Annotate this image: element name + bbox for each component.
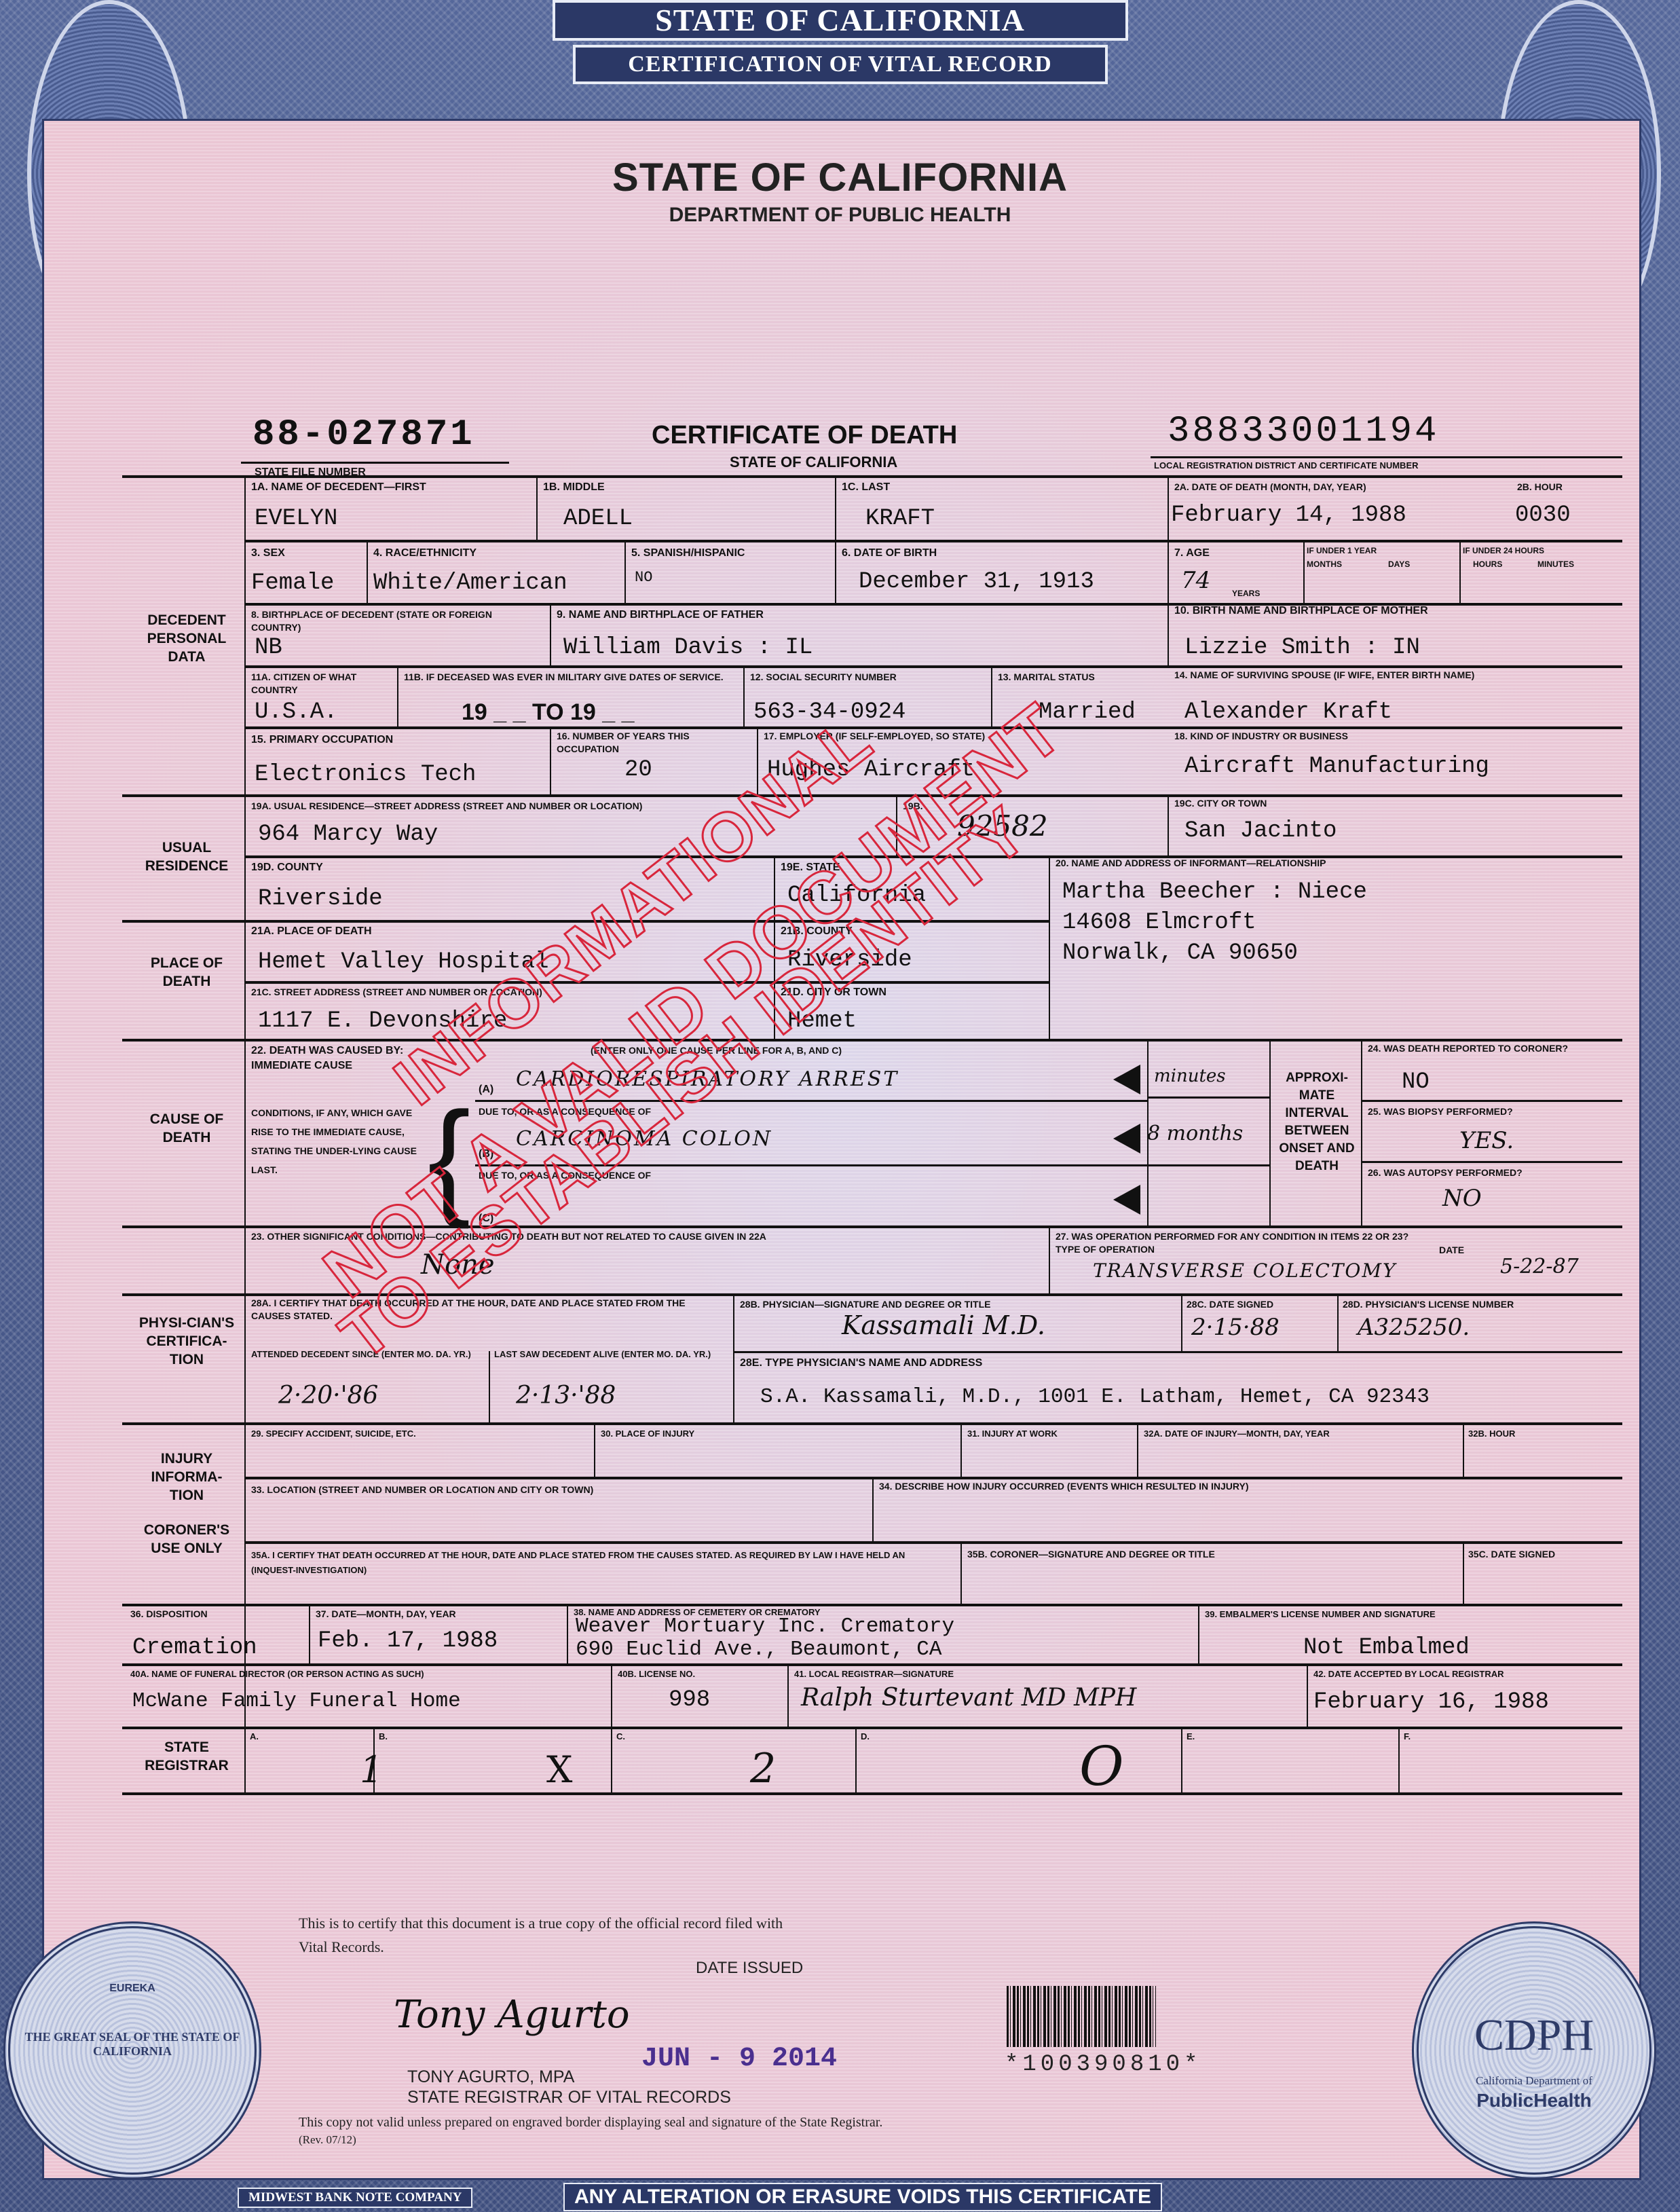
race-value: White/American xyxy=(373,570,567,596)
physician-signature: Kassamali M.D. xyxy=(842,1310,1045,1340)
divider xyxy=(550,603,551,665)
date-issued-stamp: JUN - 9 2014 xyxy=(641,2044,837,2074)
disposition-date-label: 37. DATE—MONTH, DAY, YEAR xyxy=(316,1608,456,1621)
page-subtitle: DEPARTMENT OF PUBLIC HEALTH xyxy=(0,204,1680,227)
director-license-value: 998 xyxy=(669,1687,710,1713)
divider xyxy=(244,1541,1622,1544)
divider xyxy=(122,1422,1622,1425)
coroner-certify-label: 35A. I CERTIFY THAT DEATH OCCURRED AT TH… xyxy=(251,1548,950,1578)
disposition-date-value: Feb. 17, 1988 xyxy=(318,1628,498,1654)
page-title: STATE OF CALIFORNIA xyxy=(0,155,1680,200)
place-of-death-label: 21A. PLACE OF DEATH xyxy=(251,925,372,938)
biopsy-label: 25. WAS BIOPSY PERFORMED? xyxy=(1368,1105,1513,1118)
great-seal-of-california: THE GREAT SEAL OF THE STATE OF CALIFORNI… xyxy=(3,1921,261,2179)
middle-name-label: 1B. MIDDLE xyxy=(543,481,605,494)
reported-coroner-value: NO xyxy=(1402,1069,1430,1095)
divider xyxy=(1459,540,1461,603)
divider xyxy=(367,540,368,603)
marital-status-label: 13. MARITAL STATUS xyxy=(998,671,1095,684)
divider xyxy=(1168,475,1169,665)
biopsy-value: YES. xyxy=(1459,1127,1514,1154)
spouse-label: 14. NAME OF SURVIVING SPOUSE (IF WIFE, E… xyxy=(1174,669,1622,682)
section-place-of-death: PLACE OF DEATH xyxy=(136,954,238,991)
divider xyxy=(1307,1663,1308,1727)
local-registrar-signature: Ralph Sturtevant MD MPH xyxy=(801,1684,1136,1712)
divider xyxy=(567,1604,568,1663)
cdph-logo: CDPH xyxy=(1419,2010,1649,2061)
divider xyxy=(960,1541,962,1604)
military-label: 11B. IF DECEASED WAS EVER IN MILITARY GI… xyxy=(404,671,736,684)
divider xyxy=(960,1422,962,1477)
date-of-death-value: February 14, 1988 xyxy=(1171,502,1406,528)
residence-city-value: San Jacinto xyxy=(1184,818,1337,844)
conditions-label: CONDITIONS, IF ANY, WHICH GAVE RISE TO T… xyxy=(251,1103,421,1179)
divider xyxy=(550,726,551,794)
divider xyxy=(835,475,836,540)
disposition-value: Cremation xyxy=(132,1635,257,1661)
date-of-injury-label: 32A. DATE OF INJURY—MONTH, DAY, YEAR xyxy=(1144,1427,1330,1440)
local-registration-number: 38833001194 xyxy=(1168,411,1439,452)
border-banner-subtitle: CERTIFICATION OF VITAL RECORD xyxy=(573,45,1108,84)
divider xyxy=(536,475,538,540)
divider xyxy=(244,981,1049,984)
registrar-cell-b-label: B. xyxy=(379,1730,388,1743)
last-name-label: 1C. LAST xyxy=(842,481,890,494)
divider xyxy=(1151,456,1622,458)
date-of-death-label: 2A. DATE OF DEATH (MONTH, DAY, YEAR) xyxy=(1174,481,1366,494)
occupation-label: 15. PRIMARY OCCUPATION xyxy=(251,733,393,746)
certificate-subtitle: STATE OF CALIFORNIA xyxy=(730,454,897,471)
revision-note: (Rev. 07/12) xyxy=(299,2133,356,2147)
hours-label: HOURS xyxy=(1473,558,1502,571)
divider xyxy=(244,1477,1622,1479)
residence-city-label: 19C. CITY OR TOWN xyxy=(1174,797,1267,810)
coroner-date-label: 35C. DATE SIGNED xyxy=(1468,1548,1555,1561)
physician-name-value: S.A. Kassamali, M.D., 1001 E. Latham, He… xyxy=(760,1385,1430,1409)
reported-coroner-label: 24. WAS DEATH REPORTED TO CORONER? xyxy=(1368,1042,1612,1055)
registrar-cell-f-label: F. xyxy=(1404,1730,1411,1743)
under-1-year-label: IF UNDER 1 YEAR xyxy=(1307,545,1377,557)
years-occupation-value: 20 xyxy=(624,757,652,783)
divider xyxy=(122,1604,1622,1606)
divider xyxy=(1168,794,1169,855)
registrar-cell-a-value: 1 xyxy=(360,1748,383,1791)
certify-statement-line1: This is to certify that this document is… xyxy=(299,1915,783,1932)
cdph-name-line2: PublicHealth xyxy=(1419,2090,1649,2112)
divider xyxy=(594,1422,595,1477)
registrar-cell-c-label: C. xyxy=(616,1730,625,1743)
date-issued-label: DATE ISSUED xyxy=(696,1959,803,1978)
section-cause-of-death: CAUSE OF DEATH xyxy=(136,1110,238,1147)
autopsy-label: 26. WAS AUTOPSY PERFORMED? xyxy=(1368,1166,1523,1179)
divider xyxy=(611,1663,612,1727)
hour-label: 2B. HOUR xyxy=(1517,481,1563,494)
divider xyxy=(1049,855,1050,1039)
physician-signature-label: 28B. PHYSICIAN—SIGNATURE AND DEGREE OR T… xyxy=(740,1298,990,1311)
divider xyxy=(122,475,1622,478)
validity-note: This copy not valid unless prepared on e… xyxy=(299,2115,882,2131)
divider xyxy=(1049,1225,1050,1293)
date-accepted-value: February 16, 1988 xyxy=(1313,1689,1549,1715)
barcode-number: *100390810* xyxy=(1005,2052,1201,2078)
immediate-cause-label: IMMEDIATE CAUSE xyxy=(251,1059,352,1072)
border-banner-title: STATE OF CALIFORNIA xyxy=(553,0,1128,41)
last-name-value: KRAFT xyxy=(865,506,935,532)
middle-name-value: ADELL xyxy=(563,506,633,532)
registrar-cell-a-label: A. xyxy=(250,1730,259,1743)
divider xyxy=(1181,1293,1182,1351)
cdph-seal: CDPH California Department of PublicHeal… xyxy=(1412,1921,1656,2179)
operation-date-label: DATE xyxy=(1439,1244,1464,1257)
certificate-title: CERTIFICATE OF DEATH xyxy=(652,421,957,450)
seal-motto: EUREKA xyxy=(10,1983,255,1995)
citizen-label: 11A. CITIZEN OF WHAT COUNTRY xyxy=(251,671,394,697)
injury-hour-label: 32B. HOUR xyxy=(1468,1427,1515,1440)
citizen-value: U.S.A. xyxy=(255,699,337,725)
date-accepted-label: 42. DATE ACCEPTED BY LOCAL REGISTRAR xyxy=(1313,1667,1504,1680)
arrow-icon xyxy=(1113,1185,1140,1215)
local-registrar-label: 41. LOCAL REGISTRAR—SIGNATURE xyxy=(794,1667,954,1680)
dob-value: December 31, 1913 xyxy=(859,569,1094,595)
funeral-director-value: McWane Family Funeral Home xyxy=(132,1689,461,1713)
divider xyxy=(244,540,1622,542)
license-label: 28D. PHYSICIAN'S LICENSE NUMBER xyxy=(1343,1298,1514,1311)
residence-street-label: 19A. USUAL RESIDENCE—STREET ADDRESS (STR… xyxy=(251,800,642,813)
divider xyxy=(855,1727,857,1792)
coroner-signature-label: 35B. CORONER—SIGNATURE AND DEGREE OR TIT… xyxy=(967,1548,1215,1561)
cdph-name-line1: California Department of xyxy=(1419,2074,1649,2088)
age-value: 74 xyxy=(1181,567,1210,594)
divider xyxy=(624,540,626,603)
injury-at-work-label: 31. INJURY AT WORK xyxy=(967,1427,1058,1440)
divider xyxy=(743,665,745,726)
autopsy-value: NO xyxy=(1442,1185,1482,1212)
barcode xyxy=(1007,1986,1156,2047)
accident-type-label: 29. SPECIFY ACCIDENT, SUICIDE, ETC. xyxy=(251,1427,416,1440)
birthplace-label: 8. BIRTHPLACE OF DECEDENT (STATE OR FORE… xyxy=(251,608,536,634)
divider xyxy=(1463,1541,1464,1604)
race-label: 4. RACE/ETHNICITY xyxy=(373,547,477,559)
place-of-injury-label: 30. PLACE OF INJURY xyxy=(601,1427,694,1440)
sex-label: 3. SEX xyxy=(251,547,285,559)
divider xyxy=(244,665,1622,668)
registrar-cell-e-label: E. xyxy=(1187,1730,1195,1743)
sex-value: Female xyxy=(251,570,334,596)
cause-b-interval: 8 months xyxy=(1147,1122,1243,1145)
age-label: 7. AGE xyxy=(1174,547,1210,559)
operation-date-value: 5-22-87 xyxy=(1500,1255,1579,1278)
divider xyxy=(122,1792,1622,1795)
divider xyxy=(1198,1604,1199,1663)
funeral-director-label: 40A. NAME OF FUNERAL DIRECTOR (OR PERSON… xyxy=(130,1667,424,1680)
director-license-label: 40B. LICENSE NO. xyxy=(618,1667,695,1680)
first-name-label: 1A. NAME OF DECEDENT—FIRST xyxy=(251,481,426,494)
printer-imprint: MIDWEST BANK NOTE COMPANY xyxy=(238,2188,472,2208)
informant-name: Martha Beecher : Niece xyxy=(1062,879,1367,905)
divider xyxy=(122,1039,1622,1042)
divider xyxy=(1269,1039,1271,1225)
informant-label: 20. NAME AND ADDRESS OF INFORMANT—RELATI… xyxy=(1056,857,1326,870)
license-value: A325250. xyxy=(1358,1314,1470,1341)
divider xyxy=(122,1727,1622,1729)
hour-value: 0030 xyxy=(1515,502,1571,528)
residence-street-value: 964 Marcy Way xyxy=(258,822,438,847)
industry-value: Aircraft Manufacturing xyxy=(1184,754,1489,779)
divider xyxy=(244,726,1622,729)
crematory-name: Weaver Mortuary Inc. Crematory xyxy=(576,1615,954,1638)
disposition-label: 36. DISPOSITION xyxy=(130,1608,208,1621)
divider xyxy=(611,1727,612,1792)
hispanic-value: NO xyxy=(635,569,652,586)
registrar-cell-d-value: O xyxy=(1079,1735,1124,1798)
section-coroner: CORONER'S USE ONLY xyxy=(136,1521,238,1557)
embalmer-label: 39. EMBALMER'S LICENSE NUMBER AND SIGNAT… xyxy=(1205,1608,1436,1621)
registrar-cell-b-value: X xyxy=(546,1748,572,1791)
last-saw-alive-label: LAST SAW DECEDENT ALIVE (ENTER MO. DA. Y… xyxy=(494,1348,728,1361)
industry-label: 18. KIND OF INDUSTRY OR BUSINESS xyxy=(1174,730,1348,743)
months-label: MONTHS xyxy=(1307,558,1342,571)
injury-description-label: 34. DESCRIBE HOW INJURY OCCURRED (EVENTS… xyxy=(879,1480,1249,1493)
divider xyxy=(489,1351,490,1422)
divider xyxy=(397,665,398,726)
date-signed-label: 28C. DATE SIGNED xyxy=(1187,1298,1273,1311)
cause-a-marker: (A) xyxy=(479,1083,493,1096)
alteration-warning: ANY ALTERATION OR ERASURE VOIDS THIS CER… xyxy=(563,2183,1162,2211)
arrow-icon xyxy=(1113,1124,1140,1154)
physician-name-label: 28E. TYPE PHYSICIAN'S NAME AND ADDRESS xyxy=(740,1357,982,1369)
occupation-value: Electronics Tech xyxy=(255,762,476,788)
spouse-value: Alexander Kraft xyxy=(1184,699,1392,725)
under-24-hours-label: IF UNDER 24 HOURS xyxy=(1463,545,1544,557)
certify-statement-line2: Vital Records. xyxy=(299,1938,384,1956)
section-decedent: DECEDENT PERSONAL DATA xyxy=(136,611,238,666)
residence-county-label: 19D. COUNTY xyxy=(251,861,323,874)
informant-city: Norwalk, CA 90650 xyxy=(1062,940,1298,966)
divider xyxy=(122,1663,1622,1666)
minutes-label: MINUTES xyxy=(1537,558,1574,571)
years-occupation-label: 16. NUMBER OF YEARS THIS OCCUPATION xyxy=(557,730,753,756)
divider xyxy=(1361,1039,1362,1225)
crematory-address: 690 Euclid Ave., Beaumont, CA xyxy=(576,1638,942,1661)
divider xyxy=(241,462,509,464)
section-injury: INJURY INFORMA-TION xyxy=(136,1450,238,1505)
interval-label: APPROXI-MATE INTERVAL BETWEEN ONSET AND … xyxy=(1276,1069,1358,1175)
registrar-cell-c-value: 2 xyxy=(750,1745,776,1792)
state-registrar-signature: Tony Agurto xyxy=(394,1993,630,2037)
divider xyxy=(1147,1096,1269,1099)
first-name-value: EVELYN xyxy=(255,506,337,532)
section-physician: PHYSI-CIAN'S CERTIFICA-TION xyxy=(136,1314,238,1369)
residence-county-value: Riverside xyxy=(258,886,383,912)
operation-value: TRANSVERSE COLECTOMY xyxy=(1093,1259,1397,1282)
military-value: 19 _ _ TO 19 _ _ xyxy=(462,699,635,726)
divider xyxy=(835,540,836,603)
state-registrar-title: STATE REGISTRAR OF VITAL RECORDS xyxy=(407,2088,731,2107)
operation-label: 27. WAS OPERATION PERFORMED FOR ANY COND… xyxy=(1056,1230,1436,1256)
section-divider xyxy=(244,475,246,1792)
injury-location-label: 33. LOCATION (STREET AND NUMBER OR LOCAT… xyxy=(251,1483,593,1496)
father-label: 9. NAME AND BIRTHPLACE OF FATHER xyxy=(557,608,764,621)
arrow-icon xyxy=(1113,1065,1140,1094)
state-file-number: 88-027871 xyxy=(253,414,475,456)
cause-a-interval: minutes xyxy=(1154,1066,1226,1086)
divider xyxy=(1361,1161,1622,1163)
mother-label: 10. BIRTH NAME AND BIRTHPLACE OF MOTHER xyxy=(1174,604,1428,617)
divider xyxy=(1337,1293,1339,1351)
local-registration-label: LOCAL REGISTRATION DISTRICT AND CERTIFIC… xyxy=(1154,459,1419,472)
informant-street: 14608 Elmcroft xyxy=(1062,910,1256,936)
birthplace-value: NB xyxy=(255,635,282,661)
registrar-cell-d-label: D. xyxy=(861,1730,870,1743)
seal-text: THE GREAT SEAL OF THE STATE OF CALIFORNI… xyxy=(10,2030,255,2059)
dob-label: 6. DATE OF BIRTH xyxy=(842,547,937,559)
divider xyxy=(1361,1100,1622,1102)
section-residence: USUAL RESIDENCE xyxy=(136,838,238,875)
physician-certify-label: 28A. I CERTIFY THAT DEATH OCCURRED AT TH… xyxy=(251,1297,726,1323)
divider xyxy=(309,1604,310,1663)
ssn-label: 12. SOCIAL SECURITY NUMBER xyxy=(750,671,897,684)
divider xyxy=(733,1293,734,1422)
caused-by-label: 22. DEATH WAS CAUSED BY: xyxy=(251,1044,403,1057)
state-registrar-name: TONY AGURTO, MPA xyxy=(407,2067,574,2087)
divider xyxy=(1137,1422,1138,1477)
days-label: DAYS xyxy=(1388,558,1410,571)
last-saw-alive-value: 2·13·'88 xyxy=(516,1382,616,1409)
divider xyxy=(787,1663,789,1727)
section-state-registrar: STATE REGISTRAR xyxy=(136,1738,238,1775)
age-unit: YEARS xyxy=(1232,587,1260,600)
divider xyxy=(733,1351,1622,1353)
divider xyxy=(1463,1422,1464,1477)
date-signed-value: 2·15·88 xyxy=(1191,1314,1280,1341)
divider xyxy=(1398,1727,1400,1792)
hispanic-label: 5. SPANISH/HISPANIC xyxy=(631,547,745,559)
divider xyxy=(122,794,1622,797)
divider xyxy=(872,1477,874,1541)
mother-value: Lizzie Smith : IN xyxy=(1184,635,1420,661)
divider xyxy=(1181,1727,1182,1792)
divider xyxy=(1303,540,1305,603)
embalmer-value: Not Embalmed xyxy=(1303,1635,1470,1661)
father-value: William Davis : IL xyxy=(563,635,813,661)
attended-since-value: 2·20·'86 xyxy=(278,1382,378,1409)
